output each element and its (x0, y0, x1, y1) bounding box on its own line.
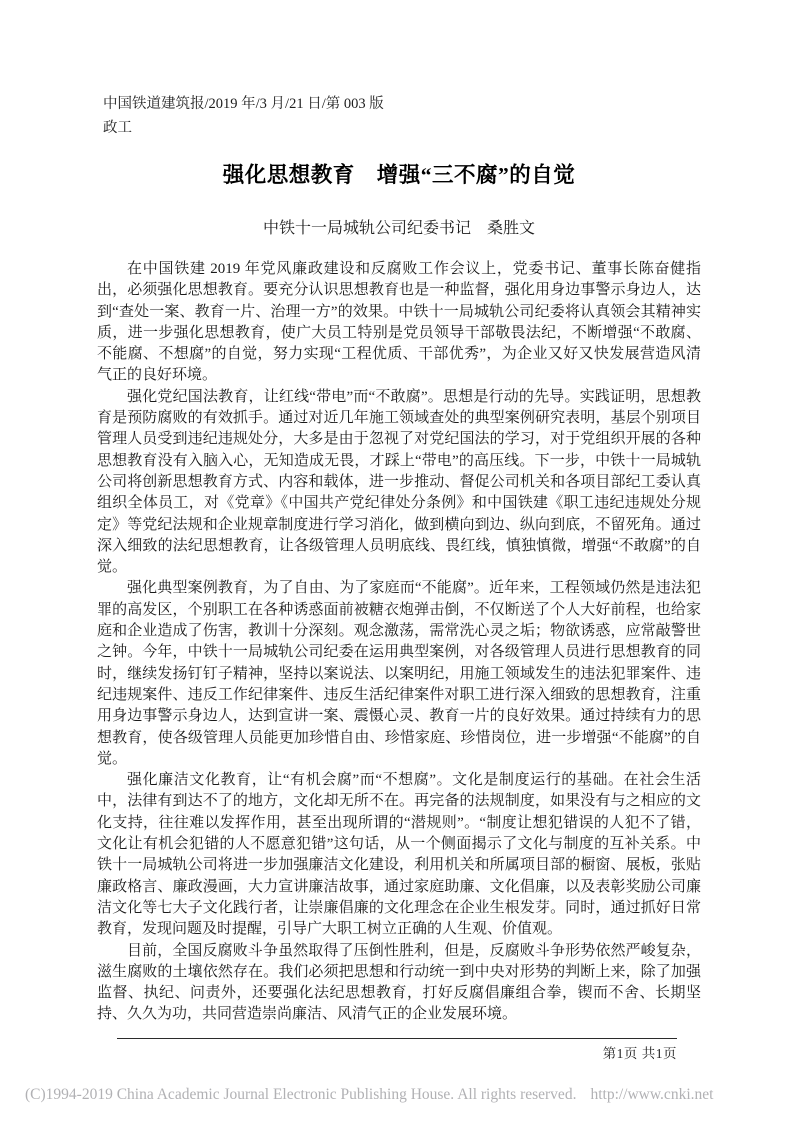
cnki-url: http://www.cnki.net (590, 1086, 713, 1103)
paragraph: 强化党纪国法教育，让红线“带电”而“不敢腐”。思想是行动的先导。实践证明，思想教… (97, 387, 701, 579)
page-indicator: 第1页 共1页 (603, 1042, 677, 1062)
paragraph: 在中国铁建 2019 年党风廉政建设和反腐败工作会议上，党委书记、董事长陈奋健指… (97, 259, 701, 387)
paragraph: 目前，全国反腐败斗争虽然取得了压倒性胜利，但是，反腐败斗争形势依然严峻复杂，滋生… (97, 941, 701, 1026)
copyright-text: (C)1994-2019 China Academic Journal Elec… (25, 1086, 576, 1103)
document-page: 中国铁道建筑报/2019 年/3 月/21 日/第 003 版 政工 强化思想教… (0, 0, 793, 1122)
article-byline: 中铁十一局城轨公司纪委书记 桑胜文 (97, 215, 701, 238)
document-header: 中国铁道建筑报/2019 年/3 月/21 日/第 003 版 政工 (103, 92, 384, 140)
copyright-watermark: (C)1994-2019 China Academic Journal Elec… (25, 1086, 713, 1104)
article-title: 强化思想教育 增强“三不腐”的自觉 (97, 158, 701, 189)
article: 强化思想教育 增强“三不腐”的自觉 中铁十一局城轨公司纪委书记 桑胜文 在中国铁… (97, 150, 701, 1026)
article-body: 在中国铁建 2019 年党风廉政建设和反腐败工作会议上，党委书记、董事长陈奋健指… (97, 259, 701, 1026)
paragraph: 强化廉洁文化教育，让“有机会腐”而“不想腐”。文化是制度运行的基础。在社会生活中… (97, 770, 701, 940)
paragraph: 强化典型案例教育，为了自由、为了家庭而“不能腐”。近年来，工程领域仍然是违法犯罪… (97, 578, 701, 770)
footer-divider (117, 1038, 677, 1039)
source-line: 中国铁道建筑报/2019 年/3 月/21 日/第 003 版 (103, 92, 384, 116)
section-label: 政工 (103, 116, 384, 140)
